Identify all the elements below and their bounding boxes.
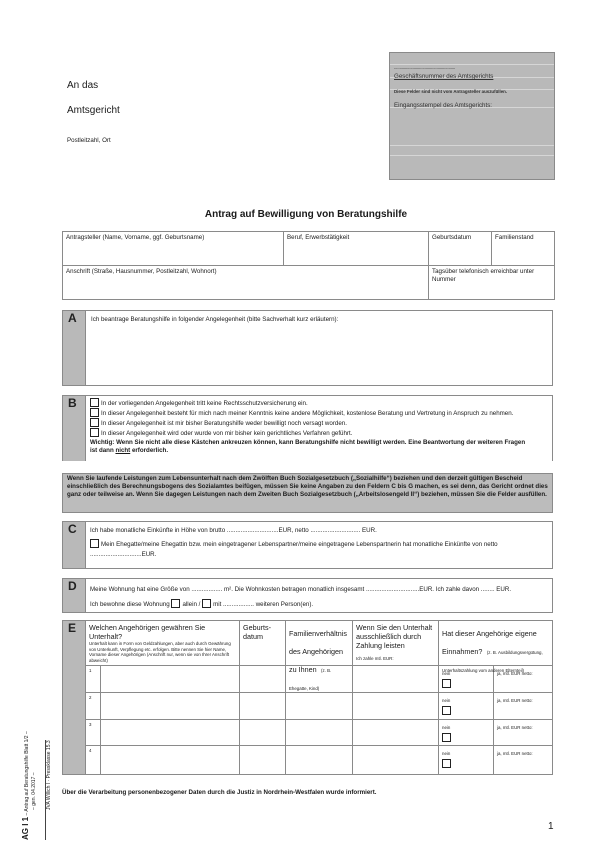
matter-description-field[interactable]: Ich beantrage Beratungshilfe in folgende… [91,316,548,385]
page-number: 1 [548,821,554,832]
form-code-sidebar: AG I 1 – Antrag auf Beratungshilfe Blatt… [22,731,55,840]
dependent-name-field[interactable] [101,666,239,691]
check-item-3: In dieser Angelegenheit ist mir bisher B… [90,418,548,428]
applicant-name-field[interactable]: Antragsteller (Name, Vorname, ggf. Gebur… [63,232,284,266]
dependent-relationship-field[interactable] [286,666,352,691]
address-label: Anschrift (Straße, Hausnummer, Postleitz… [66,268,217,275]
income-no-label: nein [442,698,450,704]
section-e: E Welchen Angehörigen gewähren Sie Unter… [62,620,553,775]
section-a-text: Ich beantrage Beratungshilfe in folgende… [91,316,338,323]
family-status-label: Familienstand [495,234,534,241]
address-postal-label: Postleitzahl, Ort [67,137,111,145]
col-payment-header: Wenn Sie den Unterhalt ausschließlich du… [356,623,436,662]
dependent-birthdate-field[interactable] [240,720,285,745]
col-dependents-header: Welchen Angehörigen gewähren Sie Unterha… [89,623,237,663]
section-b-letter: B [68,396,77,410]
income-yes-label: ja, mtl. EUR netto: [497,751,533,757]
income-yes-label: ja, mtl. EUR netto: [497,725,533,731]
court-only-note: Diese Felder sind nicht vom Antragstelle… [394,89,507,95]
spouse-income-amount[interactable]: ..............................EUR. [90,551,548,559]
section-d: D Meine Wohnung hat eine Größe von .....… [62,578,553,613]
section-b-warning: Wichtig: Wenn Sie nicht alle diese Kästc… [90,439,530,455]
address-court: Amtsgericht [67,105,120,116]
birthdate-field[interactable]: Geburtsdatum [429,232,492,266]
checkbox-with-others[interactable] [202,599,211,608]
checkbox-income-no[interactable] [442,679,451,688]
row-number: 3 [89,722,91,728]
dependent-payment-field[interactable] [353,693,438,718]
row-number: 1 [89,668,91,674]
dependent-name-field[interactable] [101,746,239,771]
income-no-label: nein [442,725,450,731]
dependent-payment-field[interactable] [353,666,438,691]
col-income-header: Hat dieser Angehörige eigene Einnahmen? … [442,623,550,677]
checkbox-spouse-income[interactable] [90,539,99,548]
income-yes-label: ja, mtl. EUR netto: [497,698,533,704]
address-field[interactable]: Anschrift (Straße, Hausnummer, Postleitz… [63,266,429,299]
check-item-1: In der vorliegenden Angelegenheit tritt … [90,398,548,408]
dependent-name-field[interactable] [101,693,239,718]
applicant-table: Antragsteller (Name, Vorname, ggf. Gebur… [62,231,555,300]
dependent-relationship-field[interactable] [286,720,352,745]
stamp-label: Eingangsstempel des Amtsgerichts: [394,102,492,110]
social-benefits-notice: Wenn Sie laufende Leistungen zum Lebensu… [62,473,553,513]
dependent-birthdate-field[interactable] [240,746,285,771]
case-number-label: Geschäftsnummer des Amtsgerichts [394,73,493,81]
applicant-job-label: Beruf, Erwerbstätigkeit [287,234,349,241]
data-protection-note: Über die Verarbeitung personenbezogener … [62,789,376,797]
checkbox-alone[interactable] [171,599,180,608]
income-line[interactable]: Ich habe monatliche Einkünfte in Höhe vo… [90,527,548,539]
check-item-4: In dieser Angelegenheit wird oder wurde … [90,428,548,438]
checkbox-income-no[interactable] [442,733,451,742]
dependent-relationship-field[interactable] [286,746,352,771]
income-no-label: nein [442,751,450,757]
family-status-field[interactable]: Familienstand [492,232,554,266]
checkbox-income-no[interactable] [442,706,451,715]
phone-field[interactable]: Tagsüber telefonisch erreichbar unter Nu… [429,266,554,299]
phone-label: Tagsüber telefonisch erreichbar unter Nu… [432,268,534,283]
section-a-letter: A [68,311,77,325]
page-title: Antrag auf Bewilligung von Beratungshilf… [0,209,612,220]
section-e-letter: E [68,621,76,635]
court-stamp-box: ........................................… [389,52,555,180]
dependent-payment-field[interactable] [353,720,438,745]
section-d-letter: D [68,579,77,593]
dependent-birthdate-field[interactable] [240,666,285,691]
address-to: An das [67,80,98,91]
applicant-name-label: Antragsteller (Name, Vorname, ggf. Gebur… [66,234,204,241]
check-item-2: In dieser Angelegenheit besteht für mich… [90,408,548,418]
checkbox-no-insurance[interactable] [90,398,99,407]
row-number: 2 [89,695,91,701]
income-no-label: nein [442,671,450,677]
section-c: C Ich habe monatliche Einkünfte in Höhe … [62,521,553,569]
birthdate-label: Geburtsdatum [432,234,471,241]
dependent-birthdate-field[interactable] [240,693,285,718]
section-b: B In der vorliegenden Angelegenheit trit… [62,395,553,461]
spouse-income-line: Mein Ehegatte/meine Ehegattin bzw. mein … [90,539,548,551]
checkbox-no-other-option[interactable] [90,408,99,417]
applicant-job-field[interactable]: Beruf, Erwerbstätigkeit [284,232,429,266]
income-yes-label: ja, mtl. EUR netto: [497,671,533,677]
dependent-payment-field[interactable] [353,746,438,771]
section-a: A Ich beantrage Beratungshilfe in folgen… [62,310,553,386]
dependent-name-field[interactable] [101,720,239,745]
row-number: 4 [89,748,91,754]
checkbox-no-court-case[interactable] [90,428,99,437]
dependent-relationship-field[interactable] [286,693,352,718]
section-c-letter: C [68,522,77,536]
living-situation-line: Ich bewohne diese Wohnung allein / mit .… [90,599,548,609]
col-birthdate-header: Geburts-datum [243,623,283,641]
housing-line[interactable]: Meine Wohnung hat eine Größe von .......… [90,586,548,599]
checkbox-income-no[interactable] [442,759,451,768]
case-number-dots: ........................................… [394,65,455,71]
checkbox-not-granted-before[interactable] [90,418,99,427]
